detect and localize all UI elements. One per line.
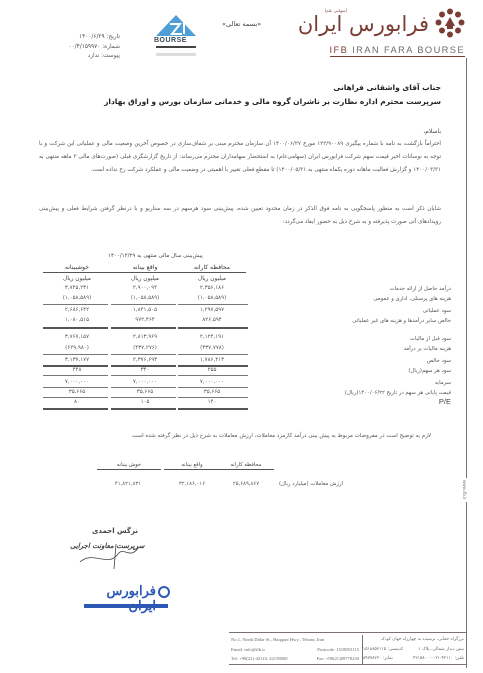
divider [43,375,108,376]
stamp-text: فرابورس ایران [82,584,156,614]
row-label-eps: سود هر سهم(ریال) [408,368,451,374]
table-cell: (۱,۰۵۸,۵۸۹) [178,295,246,301]
divider [178,304,248,305]
column-header-conservative: محافظه کارانه [218,462,274,470]
addressee-title: سرپرست محترم اداره نظارت بر ناشران گروه … [104,97,441,106]
table-cell: ۳۵,۶۶۵ [111,389,179,395]
divider [111,397,176,398]
divider [111,408,176,410]
divider [43,408,108,410]
stamp-english-band [84,604,168,608]
row-label-trade-value: ارزش معاملات (میلیارد ریال) [279,481,343,487]
divider [43,327,108,329]
divider [111,327,176,329]
bourse-logo: BOURSE [152,14,200,60]
table-cell: ۲,۸۱۳,۹۶۹ [111,334,179,340]
table-cell: ۳۴۰ [111,367,179,373]
footer-english: No.1, North Didar St., Haqqani Hwy., Teh… [231,635,359,664]
footer-fa-street: نبش دیدار شمالی، پلاک ۱ [418,645,464,655]
column-header-conservative: محافظه کارانه [178,264,246,273]
stamp-emblem-icon [158,586,170,598]
signatory-name: نرگس احمدی [92,527,138,535]
letter-metadata: تاریخ: ۱۴۰۰/۶/۲۹ شماره: ۰۰/۴/۱۵۹۹۷۰ پیوس… [64,33,120,62]
table-cell: ۳,۷۶۷,۱۵۷ [43,334,111,340]
iran-fara-bourse-logo: فرابورس ایران (سهامی عام) IFB IRAN FARA … [305,6,465,62]
unit-label: میلیون ریال [43,276,111,282]
body-paragraph-2: شایان ذکر است به منظور پاسخگویی به نامه … [39,203,441,229]
column-header-optimistic: خوشبینانه [43,264,111,273]
footer-en-fax: Fax: +98(21)89778230 [316,654,359,664]
table-cell: ۸۲۶,۵۹۴ [178,317,246,323]
signature-scribble-icon [78,540,148,570]
divider [111,354,176,355]
footer-en-email: Email: info@ifb.ir [231,645,265,655]
divider [43,397,108,398]
row-label-admin-expenses: هزینه های پرسنلی، اداری و عمومی [373,296,451,302]
divider [43,387,108,388]
letter-date: تاریخ: ۱۴۰۰/۶/۲۹ [64,33,120,43]
divider [178,327,248,329]
table-cell: ۲,۹۰۰,۰۹۴ [111,285,179,291]
footer-fa-tel: تلفن: ۴۲۱۱۰-۰۲۱-۴۲۱۵۸۰۰۰ [413,654,464,664]
table-cell: ۷,۰۰۰,۰۰۰ [111,379,179,385]
divider [178,387,248,388]
footer-en-tel: Tel: +98(21)-42110, 42158000 [231,654,288,664]
divider [43,304,108,305]
right-border-rule [466,58,467,668]
table-cell: ۳۲,۱۸۶,۰۱۶ [164,481,220,487]
table-cell: ۲,۳۷۶,۶۹۳ [111,357,179,363]
table-cell: ۳۵,۶۶۵ [178,389,246,395]
footer-en-postcode: Postcode: 1518853115 [317,645,359,655]
footer-address-block: No.1, North Didar St., Haqqani Hwy., Teh… [229,632,466,665]
table-cell: ۷,۰۰۰,۰۰۰ [178,379,246,385]
row-label-operating-profit: سود عملیاتی [423,308,451,314]
table-cell: ۱۴۰ [178,399,246,405]
letter-number: شماره: ۰۰/۴/۱۵۹۹۷۰ [64,43,120,53]
row-label-closing-price: قیمت پایانی هر سهم در تاریخ ۱۴۰۰/۰۶/۲۲(ر… [345,390,451,396]
letter-attachment: پیوست: ندارد [64,52,120,62]
bourse-logo-tagline [156,46,196,48]
logo-subtitle: (سهامی عام) [325,8,347,13]
table-cell: (۳۳۷,۷۷۸) [178,345,246,351]
trade-value-note: لازم به توضیح است در مفروضات مربوط به پی… [132,433,431,439]
table-cell: (۱,۰۵۸,۵۸۹) [43,295,111,301]
row-label-profit-before-tax: سود قبل از مالیات [410,336,451,342]
table-cell: ۳,۱۳۷,۱۷۷ [43,357,111,363]
unit-label: میلیون ریال [111,276,179,282]
company-stamp: فرابورس ایران [82,584,172,612]
table-cell: ۲,۶۸۶,۶۴۲ [43,307,111,313]
bourse-logo-word: BOURSE [154,37,187,44]
table-cell: (۶۲۹,۹۸۰) [43,345,111,351]
column-header-optimistic: خوش بینانه [97,462,161,470]
unit-label: میلیون ریال [178,276,246,282]
row-label-income-tax: هزینه مالیات بر درآمد [404,346,451,352]
divider [111,375,176,376]
footer-fa-postcode: کدپستی: ۱۵۱۸۸۵۳۱۱۵ [363,645,403,655]
footer-persian: بزرگراه حقانی، نرسیده به چهارراه جهان کو… [362,635,466,664]
table-cell: ۲,۳۵۶,۱۸۶ [178,285,246,291]
row-label-revenue: درآمد حاصل از ارائه خدمات [390,286,451,292]
table-cell: ۱,۷۸۶,۴۱۳ [178,357,246,363]
divider [178,397,248,398]
row-label-capital: سرمایه [435,380,451,386]
table-cell: ۹۷۲,۴۶۴ [111,317,179,323]
divider [178,354,248,355]
table-cell: ۱,۲۹۷,۵۹۷ [178,307,246,313]
footer-fa-fax: نمابر: ۸۹۷۷۸۲۳۰ [363,654,393,664]
table-cell: ۴۴۸ [43,367,111,373]
divider [178,408,248,410]
divider [43,354,108,355]
divider [178,375,248,376]
table-cell: ۲,۱۲۴,۱۹۱ [178,334,246,340]
table-cell: ۲۵,۶۸۹,۸۶۷ [218,481,274,487]
footer-fa-address: بزرگراه حقانی، نرسیده به چهارراه جهان کو… [363,635,464,645]
table-cell: ۴۱,۸۲۱,۸۳۱ [100,481,156,487]
table-cell: ۱۰۵ [111,399,179,405]
bourse-logo-caption [156,53,196,56]
bismillah-heading: «بسمه تعالی» [222,20,261,28]
forecast-table-caption: پیش‌بینی سال مالی منتهی به ۱۴۰۰/۱۲/۲۹ [108,253,203,259]
website-text: www.ifb.ir [462,478,467,502]
logo-english-text: IFB IRAN FARA BOURSE [330,45,465,57]
row-label-net-profit: سود خالص [427,358,451,364]
column-header-realistic: واقع بینانه [111,264,179,273]
greeting: باسلام، [423,128,441,135]
table-cell: (۴۳۷,۲۷۶) [111,345,179,351]
table-cell: ۱,۰۸۰,۵۱۵ [43,317,111,323]
table-cell: ۳۵,۶۶۵ [43,389,111,395]
ifb-emblem-icon [435,8,465,38]
table-cell: ۳,۷۴۵,۲۳۱ [43,285,111,291]
row-label-other-income: خالص سایر درآمدها و هزینه های غیر عملیات… [352,318,451,324]
logo-persian-text: فرابورس ایران [298,12,429,36]
addressee-name: جناب آقای واشقانی فراهانی [333,83,441,92]
row-label-pe: P/E [439,397,451,406]
table-cell: (۱,۰۵۸,۵۸۹) [111,295,179,301]
bourse-triangle-icon [152,14,200,38]
divider [111,304,176,305]
column-header-realistic: واقع بینانه [164,462,220,470]
table-cell: ۱,۸۴۱,۵۰۵ [111,307,179,313]
footer-en-address: No.1, North Didar St., Haqqani Hwy., Teh… [231,635,359,645]
divider [111,387,176,388]
body-paragraph-1: احتراماً بازگشت به نامه با شماره پیگیری … [39,138,441,177]
table-cell: ۲۵۵ [178,367,246,373]
table-cell: ۸۰ [43,399,111,405]
table-cell: ۷,۰۰۰,۰۰۰ [43,379,111,385]
